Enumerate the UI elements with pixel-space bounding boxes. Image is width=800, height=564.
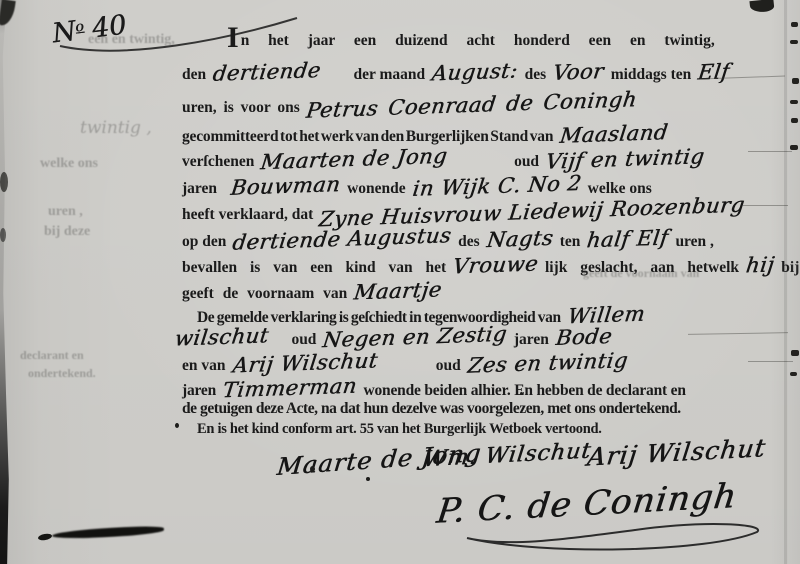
handwritten-entry: half Elf bbox=[586, 226, 671, 254]
printed-form-text: gecommitteerd tot het werk van den Burge… bbox=[182, 128, 553, 147]
printed-form-text: en van bbox=[182, 357, 226, 376]
adjacent-page-edge bbox=[788, 0, 800, 564]
printed-form-text: verſchenen bbox=[182, 153, 254, 172]
printed-form-text: op den bbox=[182, 233, 226, 252]
printed-form-text: I bbox=[227, 26, 239, 50]
document-line: bevallen is van een kind van hetVrouweli… bbox=[182, 253, 800, 278]
document-line: wilschutoudNegen en ZestigjarenBode bbox=[168, 325, 619, 350]
gutter-ink-mark bbox=[790, 372, 797, 376]
bleedthrough-text: geeft de voornaam van bbox=[583, 266, 699, 281]
bleedthrough-text: welke ons bbox=[40, 156, 98, 172]
printed-form-text: oud bbox=[514, 153, 539, 172]
edge-ink-blob bbox=[0, 228, 6, 242]
printed-form-text: ten bbox=[560, 233, 581, 252]
ink-speck bbox=[366, 477, 370, 481]
printed-form-text: uren, is voor ons bbox=[182, 99, 300, 118]
gutter-ink-mark bbox=[790, 145, 798, 150]
page-gutter-crease bbox=[784, 0, 787, 564]
ink-speck bbox=[175, 423, 179, 428]
printed-form-text: geeft de voornaam van bbox=[182, 285, 347, 304]
handwritten-entry: Nagts bbox=[485, 226, 554, 253]
gutter-ink-mark bbox=[791, 22, 798, 27]
handwritten-entry: Bouwman bbox=[229, 172, 342, 201]
bleedthrough-text: ondertekend. bbox=[28, 366, 96, 381]
document-line: jarenTimmermanwonende beiden alhier. En … bbox=[182, 376, 686, 401]
printed-form-text: der maand bbox=[354, 66, 426, 85]
printed-form-text: oud bbox=[436, 357, 461, 376]
bleedthrough-text: uren , bbox=[48, 204, 83, 220]
document-line: verſchenenMaarten de JongoudVijf en twin… bbox=[182, 147, 711, 172]
handwritten-entry: Vijf en twintig bbox=[544, 144, 706, 175]
handwritten-entry: Zes en twintig bbox=[466, 348, 629, 379]
document-line: In het jaar een duizend acht honderd een… bbox=[227, 26, 715, 51]
document-line: uren, is voor onsPetrus Coenraad de Coni… bbox=[182, 93, 643, 118]
handwritten-entry: Vrouwe bbox=[451, 252, 539, 280]
handwritten-entry: wilschut bbox=[173, 323, 270, 351]
gutter-ink-mark bbox=[792, 78, 799, 84]
document-line: heeft verklaard, datZyne Huisvrouw Liede… bbox=[182, 200, 751, 225]
rule-line bbox=[742, 205, 788, 206]
handwritten-entry: Maartje bbox=[352, 277, 443, 305]
printed-form-text: wonende bbox=[347, 180, 406, 199]
printed-form-text: bevallen is van een kind van het bbox=[182, 259, 446, 278]
bleedthrough-text: declarant en bbox=[20, 348, 84, 363]
bleedthrough-text: een en twintig, bbox=[88, 32, 175, 48]
document-line: gecommitteerd tot het werk van den Burge… bbox=[182, 122, 675, 147]
printed-form-text: den bbox=[182, 66, 206, 85]
document-line: geeft de voornaam vanMaartje bbox=[182, 279, 449, 304]
printed-form-text: oud bbox=[291, 331, 316, 350]
handwritten-entry: Maasland bbox=[558, 120, 669, 149]
printed-form-text: des bbox=[525, 66, 547, 85]
signature-official: P. C. de Coningh bbox=[434, 476, 739, 532]
printed-form-text: wonende beiden alhier. En hebben de decl… bbox=[364, 382, 686, 401]
rule-line bbox=[688, 332, 788, 335]
printed-form-text: de getuigen deze Acte, na dat hun dezelv… bbox=[182, 400, 681, 419]
gutter-ink-mark bbox=[790, 40, 798, 44]
scanned-birth-record: No40 In het jaar een duizend acht honder… bbox=[0, 0, 800, 564]
handwritten-entry: August: bbox=[430, 59, 519, 87]
document-line: en vanArij WilschutoudZes en twintig bbox=[182, 351, 634, 376]
handwritten-entry: Petrus Coenraad de Coningh bbox=[304, 87, 638, 124]
printed-form-text: jaren bbox=[514, 331, 549, 350]
document-line: En is het kind conform art. 55 van het B… bbox=[197, 421, 602, 438]
handwritten-entry: dertiende bbox=[211, 58, 322, 87]
handwritten-entry: Elf bbox=[697, 59, 732, 85]
document-line: dendertiendeder maandAugust:desVoormidda… bbox=[182, 60, 737, 85]
printed-form-text: jaren bbox=[182, 382, 216, 401]
document-line: de getuigen deze Acte, na dat hun dezelv… bbox=[182, 400, 681, 419]
printed-form-text: En is het kind conform art. 55 van het B… bbox=[197, 421, 602, 438]
signature-witness-2: Arij Wilschut bbox=[586, 433, 768, 471]
bleedthrough-text: bij deze bbox=[44, 224, 90, 240]
handwritten-entry: in Wijk C. No 2 bbox=[411, 171, 583, 202]
handwritten-entry: Voor bbox=[551, 59, 605, 86]
printed-form-text: n het jaar een duizend acht honderd een … bbox=[241, 32, 715, 51]
document-line: jarenBouwmanwonendein Wijk C. No 2welke … bbox=[182, 174, 652, 199]
printed-form-text: uren , bbox=[675, 233, 713, 252]
corner-ink-mark-right bbox=[749, 0, 774, 13]
ink-speck bbox=[520, 392, 523, 395]
binding-shadow bbox=[0, 0, 11, 564]
printed-form-text: heeft verklaard, dat bbox=[182, 206, 313, 225]
printed-form-text: middags ten bbox=[611, 66, 692, 85]
handwritten-entry: Bode bbox=[554, 324, 613, 351]
ink-smear-small bbox=[38, 533, 53, 541]
gutter-ink-mark bbox=[790, 100, 798, 104]
edge-ink-blob bbox=[0, 172, 8, 192]
bleedthrough-text: twintig , bbox=[80, 118, 152, 138]
handwritten-entry: Maarten de Jong bbox=[259, 144, 449, 176]
gutter-ink-mark bbox=[791, 350, 799, 356]
handwritten-entry: hij bbox=[744, 253, 776, 279]
ink-smear bbox=[52, 525, 164, 540]
document-line: op dendertiende AugustusdesNagtstenhalf … bbox=[182, 227, 714, 252]
folio-superscript: o bbox=[74, 19, 84, 36]
ink-speck bbox=[310, 466, 315, 472]
handwritten-entry: dertiende Augustus bbox=[231, 223, 453, 256]
corner-ink-mark-left bbox=[0, 0, 16, 27]
printed-form-text: jaren bbox=[182, 180, 217, 199]
gutter-ink-mark bbox=[791, 118, 798, 123]
printed-form-text: des bbox=[458, 233, 480, 252]
